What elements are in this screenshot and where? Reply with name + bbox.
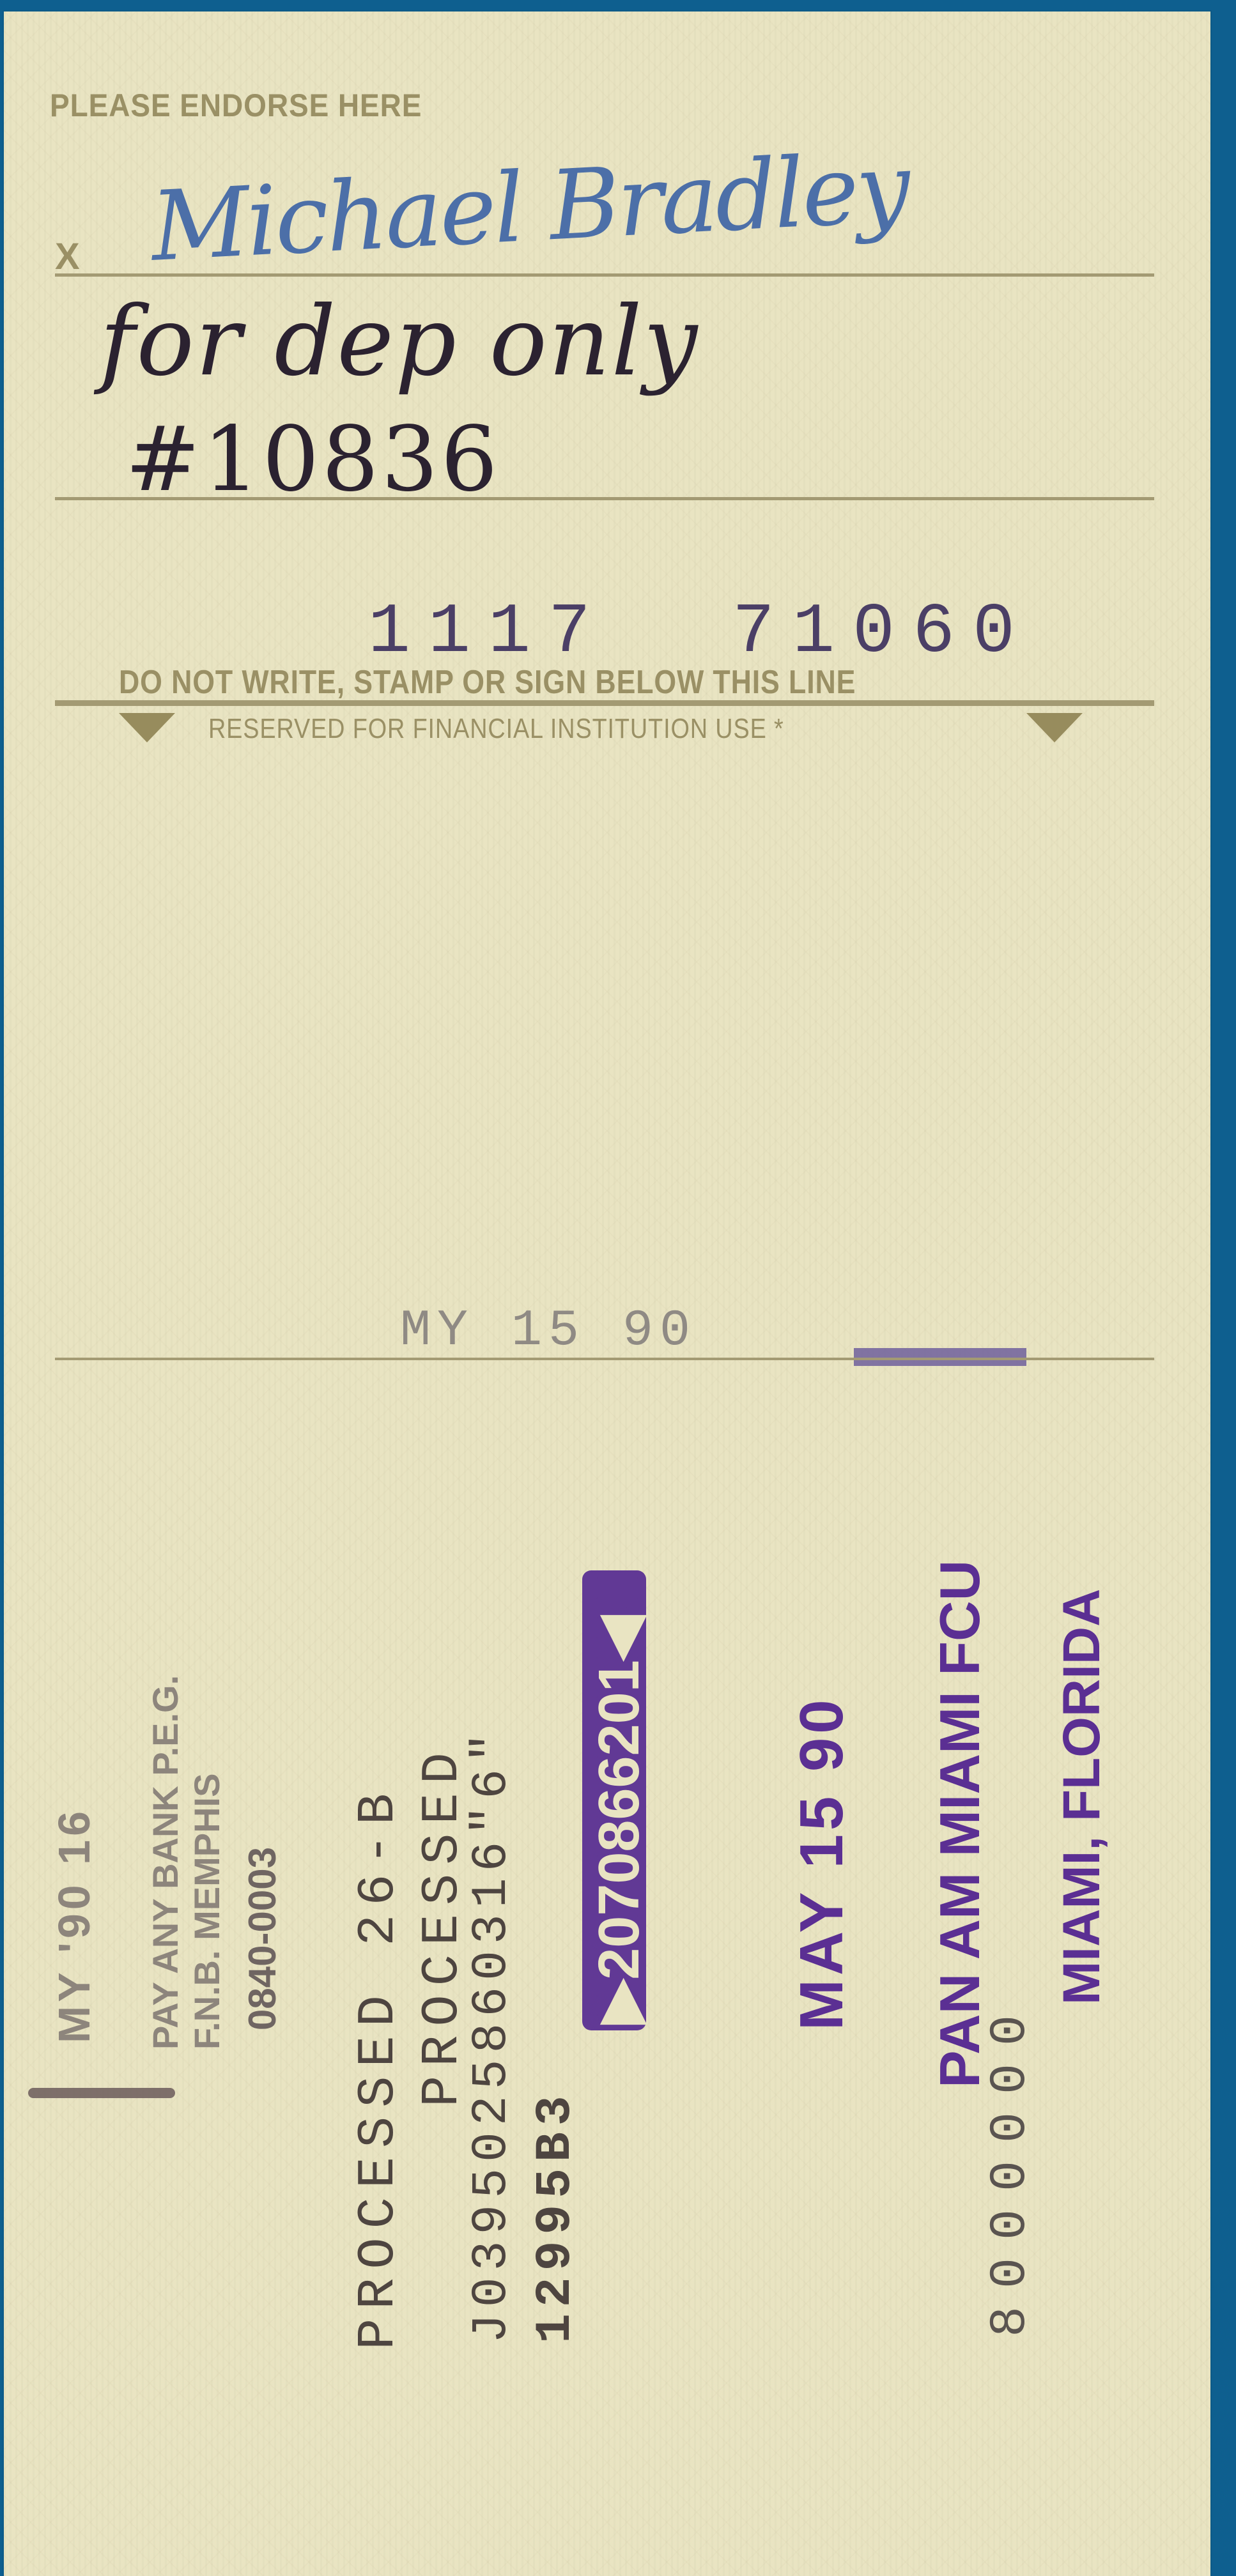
do-not-write-warning: DO NOT WRITE, STAMP OR SIGN BELOW THIS L… xyxy=(119,663,856,701)
routing-stamp: ▶2070866201◀ xyxy=(585,1616,653,2024)
left-stamp-date: MY '90 16 xyxy=(49,1807,100,2043)
left-stamp-line-3: 0840-0003 xyxy=(240,1847,284,2030)
left-stamp-line-2: F.N.B. MEMPHIS xyxy=(186,1774,228,2050)
triangle-left-icon xyxy=(119,713,175,742)
endorse-label: PLEASE ENDORSE HERE xyxy=(50,87,422,124)
signature: Michael Bradley xyxy=(148,132,910,283)
check-back: PLEASE ENDORSE HERE X Michael Bradley fo… xyxy=(4,11,1210,2576)
processed-line-3: J0395025860316"6" xyxy=(464,1726,520,2343)
bank-location-stamp: MIAMI, FLORIDA xyxy=(1052,1589,1112,2005)
date-stamp: MAY 15 90 xyxy=(787,1696,857,2030)
account-number: #10836 xyxy=(125,408,500,512)
left-dash-mark xyxy=(28,2088,175,2098)
dot-matrix-number: 8000000 xyxy=(982,1997,1040,2337)
reserved-label: RESERVED FOR FINANCIAL INSTITUTION USE * xyxy=(208,713,784,745)
left-stamp-line-1: PAY ANY BANK P.E.G. xyxy=(144,1675,186,2050)
processed-line-4: 12995B3 xyxy=(528,2089,584,2343)
divider-line xyxy=(55,1358,1154,1360)
handwritten-number-left: 1117 xyxy=(368,593,608,673)
endorse-line-2 xyxy=(55,497,1154,500)
institution-line xyxy=(55,700,1154,706)
faint-date-stamp: MY 15 90 xyxy=(400,1302,697,1360)
purple-stamp-bar xyxy=(854,1348,1026,1366)
x-mark: X xyxy=(55,235,81,278)
triangle-right-icon xyxy=(1026,713,1083,742)
deposit-restriction: for dep only xyxy=(100,286,699,397)
signature-line xyxy=(55,273,1154,277)
processed-line-1: PROCESSED 26-B xyxy=(349,1784,408,2350)
handwritten-number-right: 71060 xyxy=(732,593,1033,673)
